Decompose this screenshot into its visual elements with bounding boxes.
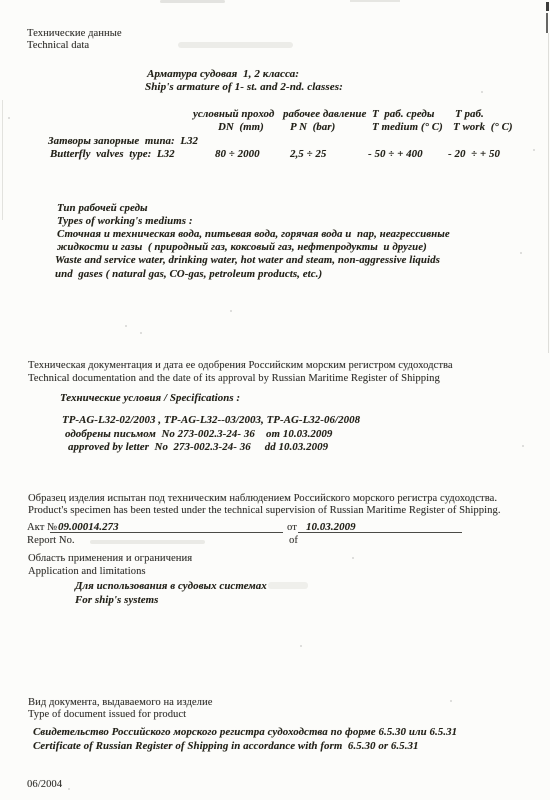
application-title-ru: Область применения и ограничения (28, 553, 192, 565)
spec-numbers-line: TP-AG-L32-02/2003 , TP-AG-L32--03/2003, … (62, 414, 360, 426)
application-text-en: For ship's systems (75, 594, 158, 606)
armature-class-title-ru: Арматура судовая 1, 2 класса: (147, 68, 299, 80)
scan-smudge-top-1 (160, 0, 225, 3)
report-date-underline (298, 532, 462, 533)
scan-smudge-header (178, 42, 293, 48)
mediums-text-en-line2: und gases ( natural gas, CO-gas, petrole… (55, 268, 322, 280)
col-header-dn-en: DN (mm) (218, 121, 264, 133)
doc-type-title-ru: Вид документа, выдаваемого на изделие (28, 697, 212, 709)
scan-speck (230, 310, 232, 312)
valve-pn-value: 2,5 ÷ 25 (290, 148, 326, 160)
scan-speck (533, 149, 535, 151)
document-page: Технические данные Technical data Армату… (0, 0, 550, 800)
scan-speck (300, 645, 302, 647)
technical-data-title-ru: Технические данные (27, 28, 122, 40)
scan-mark-top-right-2 (546, 13, 548, 33)
valve-row-label-en: Butterfly valves type: L32 (50, 148, 175, 160)
scan-speck (352, 557, 354, 559)
col-header-tmedium-ru: Т раб. среды (372, 108, 434, 120)
specimen-text-ru: Образец изделия испытан под техническим … (28, 493, 497, 505)
valve-row-label-ru: Затворы запорные типа: L32 (48, 135, 198, 147)
specifications-label: Технические условия / Specifications : (60, 392, 240, 404)
valve-dn-value: 80 ÷ 2000 (215, 148, 260, 160)
doc-type-text-ru: Свидетельство Российского морского регис… (33, 726, 457, 738)
mediums-text-ru-line1: Сточная и техническая вода, питьевая вод… (57, 228, 450, 240)
col-header-twork-en: T work (° C) (453, 121, 513, 133)
armature-class-title-en: Ship's armature of 1- st. and 2-nd. clas… (145, 81, 343, 93)
col-header-dn-ru: условный проход (193, 108, 274, 120)
scan-mark-top-right-1 (546, 2, 549, 11)
documentation-title-en: Technical documentation and the date of … (28, 373, 440, 385)
scan-speck (140, 332, 142, 334)
valve-tmedium-value: - 50 ÷ + 400 (368, 148, 423, 160)
scan-smudge-top-2 (350, 0, 400, 2)
scan-edge-line-right (548, 33, 549, 353)
approved-by-letter-en: approved by letter No 273-002.3-24- 36 d… (68, 441, 328, 453)
scan-speck (8, 117, 10, 119)
scan-speck (522, 445, 524, 447)
specimen-text-en: Product's specimen has been tested under… (28, 505, 501, 517)
mediums-title-en: Types of working's mediums : (57, 215, 193, 227)
footer-edition-date: 06/2004 (27, 779, 62, 791)
scan-smudge-report (90, 540, 205, 544)
report-label-en: Report No. (27, 535, 75, 547)
valve-twork-value: - 20 ÷ + 50 (448, 148, 500, 160)
application-title-en: Application and limitations (28, 566, 146, 578)
mediums-title-ru: Тип рабочей среды (57, 202, 148, 214)
scan-speck (125, 325, 127, 327)
doc-type-title-en: Type of document issued for product (28, 709, 186, 721)
approved-by-letter-ru: одобрены письмом No 273-002.3-24- 36 от … (65, 428, 332, 440)
scan-edge-line-left (2, 100, 3, 220)
scan-speck (450, 700, 452, 702)
documentation-title-ru: Техническая документация и дата ее одобр… (28, 360, 453, 372)
scan-speck (68, 788, 70, 790)
col-header-pn-en: P N (bar) (290, 121, 335, 133)
scan-speck (520, 252, 522, 254)
mediums-text-ru-line2: жидкости и газы ( природный газ, коксовы… (57, 241, 427, 253)
doc-type-text-en: Certificate of Russian Register of Shipp… (33, 740, 419, 752)
technical-data-title-en: Technical data (27, 40, 89, 52)
scan-smudge-application (268, 582, 308, 589)
application-text-ru: Для использования в судовых системах (75, 580, 267, 592)
col-header-pn-ru: рабочее давление (283, 108, 366, 120)
report-number-underline (50, 532, 283, 533)
report-date-label-en: of (289, 535, 298, 547)
col-header-twork-ru: Т раб. (455, 108, 484, 120)
mediums-text-en-line1: Waste and service water, drinking water,… (55, 254, 440, 266)
scan-speck (481, 91, 483, 93)
report-date-label-ru: от (287, 522, 297, 534)
col-header-tmedium-en: T medium (° C) (372, 121, 443, 133)
